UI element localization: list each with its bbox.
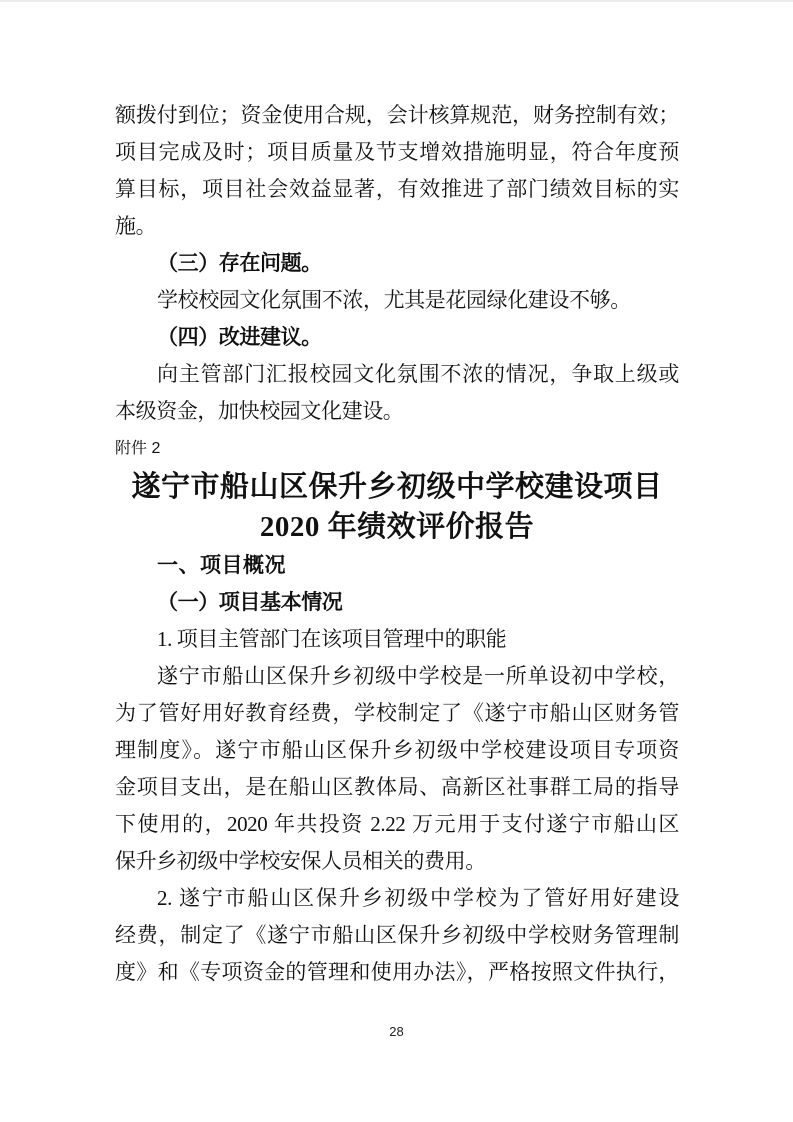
report-title: 遂宁市船山区保升乡初级中学校建设项目 2020 年绩效评价报告 [115,467,679,547]
body-line: 额拨付到位；资金使用合规，会计核算规范，财务控制有效； [115,97,679,134]
paragraph-2-line: 度》和《专项资金的管理和使用办法》，严格按照文件执行， [115,954,679,991]
suggestion-line: 本级资金，加快校园文化建设。 [115,393,679,430]
section-heading-overview: 一、项目概况 [115,547,679,584]
title-line: 遂宁市船山区保升乡初级中学校建设项目 [115,467,679,507]
suggestion-line: 向主管部门汇报校园文化氛围不浓的情况，争取上级或 [115,356,679,393]
paragraph-1-line: 理制度》。遂宁市船山区保升乡初级中学校建设项目专项资 [115,732,679,769]
paragraph-2-line: 2. 遂宁市船山区保升乡初级中学校为了管好用好建设 [115,880,679,917]
paragraph-1-line: 为了管好用好教育经费，学校制定了《遂宁市船山区财务管 [115,695,679,732]
body-line: 项目完成及时；项目质量及节支增效措施明显，符合年度预 [115,134,679,171]
page-number: 28 [0,1024,793,1040]
title-line: 2020 年绩效评价报告 [115,507,679,547]
heading-improvement-suggestions: （四）改进建议。 [115,319,679,356]
subsection-heading-basic-info: （一）项目基本情况 [115,584,679,621]
paragraph-1-line: 保升乡初级中学校安保人员相关的费用。 [115,843,679,880]
paragraph-1-line: 下使用的，2020 年共投资 2.22 万元用于支付遂宁市船山区 [115,806,679,843]
problems-paragraph-line: 学校校园文化氛围不浓，尤其是花园绿化建设不够。 [115,282,679,319]
body-line: 施。 [115,208,679,245]
paragraph-2-line: 经费，制定了《遂宁市船山区保升乡初级中学校财务管理制 [115,917,679,954]
item-1-heading: 1. 项目主管部门在该项目管理中的职能 [115,621,679,658]
page-content: 额拨付到位；资金使用合规，会计核算规范，财务控制有效； 项目完成及时；项目质量及… [0,2,793,991]
attachment-label: 附件 2 [115,430,679,467]
paragraph-1-line: 金项目支出，是在船山区教体局、高新区社事群工局的指导 [115,769,679,806]
document-page: 额拨付到位；资金使用合规，会计核算规范，财务控制有效； 项目完成及时；项目质量及… [0,0,793,1122]
paragraph-1-line: 遂宁市船山区保升乡初级中学校是一所单设初中学校， [115,658,679,695]
body-line: 算目标，项目社会效益显著，有效推进了部门绩效目标的实 [115,171,679,208]
heading-existing-problems: （三）存在问题。 [115,245,679,282]
